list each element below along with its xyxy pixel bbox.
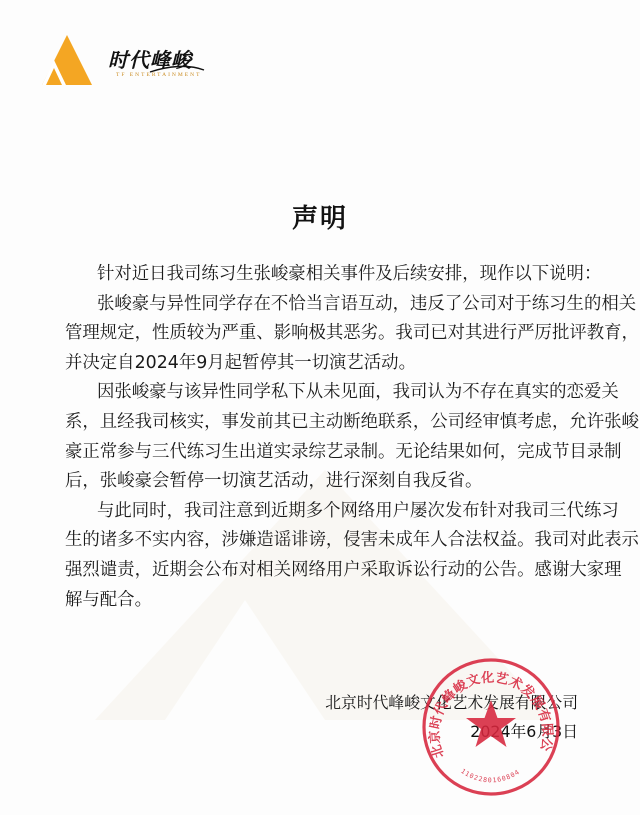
triangle-logo-icon (40, 34, 92, 86)
company-logo: 时代峰峻 TF ENTERTAINMENT (40, 34, 210, 88)
body-line: 系，且经我司核实，事发前其已主动断绝联系，公司经审慎考虑，允许张峻 (65, 408, 600, 438)
paragraph-recording: 因张峻豪与该异性同学私下从未见面，我司认为不存在真实的恋爱关 系，且经我司核实，… (65, 378, 600, 496)
body-line: 针对近日我司练习生张峻豪相关事件及后续安排，现作以下说明： (65, 260, 600, 290)
body-line: 与此同时，我司注意到近期多个网络用户屡次发布针对我司三代练习 (65, 497, 600, 527)
svg-text:1102280160804: 1102280160804 (459, 767, 521, 784)
paragraph-intro: 针对近日我司练习生张峻豪相关事件及后续安排，现作以下说明： (65, 260, 600, 290)
body-line: 后，张峻豪会暂停一切演艺活动，进行深刻自我反省。 (65, 467, 600, 497)
signature-date: 2024年6月3日 (470, 719, 578, 742)
brand-name-en: TF ENTERTAINMENT (116, 72, 201, 78)
body-line: 管理规定，性质较为严重、影响极其恶劣。我司已对其进行严厉批评教育， (65, 319, 600, 349)
body-line: 解与配合。 (65, 586, 600, 616)
body-line: 张峻豪与异性同学存在不恰当言语互动，违反了公司对于练习生的相关 (65, 290, 600, 320)
paragraph-violation: 张峻豪与异性同学存在不恰当言语互动，违反了公司对于练习生的相关 管理规定，性质较… (65, 290, 600, 379)
paragraph-legal: 与此同时，我司注意到近期多个网络用户屡次发布针对我司三代练习 生的诸多不实内容，… (65, 497, 600, 615)
statement-page: 时代峰峻 TF ENTERTAINMENT 声明 针对近日我司练习生张峻豪相关事… (0, 0, 640, 815)
seal-number: 1102280160804 (459, 767, 521, 784)
body-line: 因张峻豪与该异性同学私下从未见面，我司认为不存在真实的恋爱关 (65, 378, 600, 408)
signature-company: 北京时代峰峻文化艺术发展有限公司 (325, 690, 578, 713)
statement-body: 针对近日我司练习生张峻豪相关事件及后续安排，现作以下说明： 张峻豪与异性同学存在… (65, 260, 600, 615)
body-line: 强烈谴责，近期会公布对相关网络用户采取诉讼行动的公告。感谢大家理 (65, 556, 600, 586)
body-line: 生的诸多不实内容，涉嫌造谣诽谤，侵害未成年人合法权益。我司对此表示 (65, 526, 600, 556)
document-title: 声明 (0, 198, 640, 235)
body-line: 豪正常参与三代练习生出道实录综艺录制。无论结果如何，完成节目录制 (65, 438, 600, 468)
body-line: 并决定自2024年9月起暂停其一切演艺活动。 (65, 349, 600, 379)
